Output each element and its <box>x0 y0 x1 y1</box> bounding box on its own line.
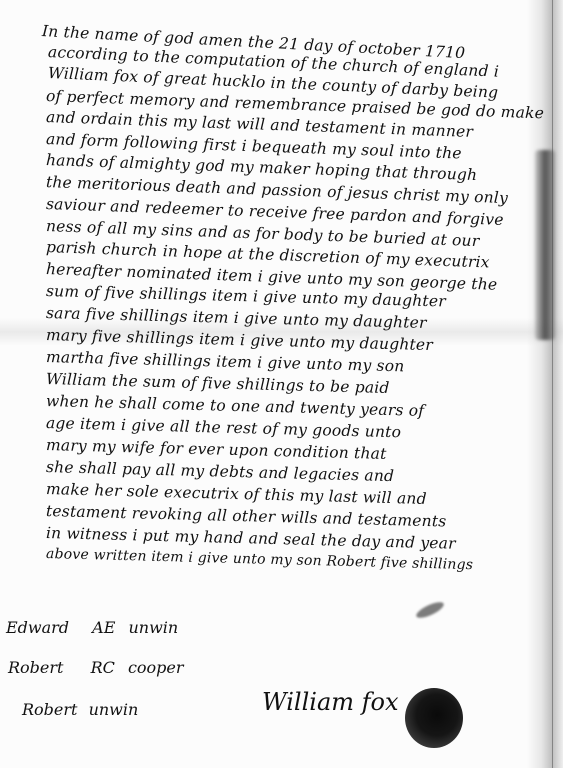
witness-first-name: Robert <box>8 658 63 677</box>
witness-surname: unwin <box>89 700 139 719</box>
witness-signature: Edward AE unwin <box>6 618 178 637</box>
witness-first-name: Robert <box>22 700 77 719</box>
witness-surname: unwin <box>128 618 178 637</box>
witness-mark: AE <box>92 618 115 637</box>
testator-signature: William fox <box>262 688 399 716</box>
witness-signature: Robert RC cooper <box>8 658 184 677</box>
will-body: In the name of god amen the 21 day of oc… <box>0 0 563 768</box>
witness-signature: Robert unwin <box>22 700 138 719</box>
witness-mark: RC <box>91 658 115 677</box>
document-page: In the name of god amen the 21 day of oc… <box>0 0 563 768</box>
witness-surname: cooper <box>128 658 184 677</box>
wax-seal-icon <box>405 688 463 748</box>
witness-first-name: Edward <box>6 618 69 637</box>
